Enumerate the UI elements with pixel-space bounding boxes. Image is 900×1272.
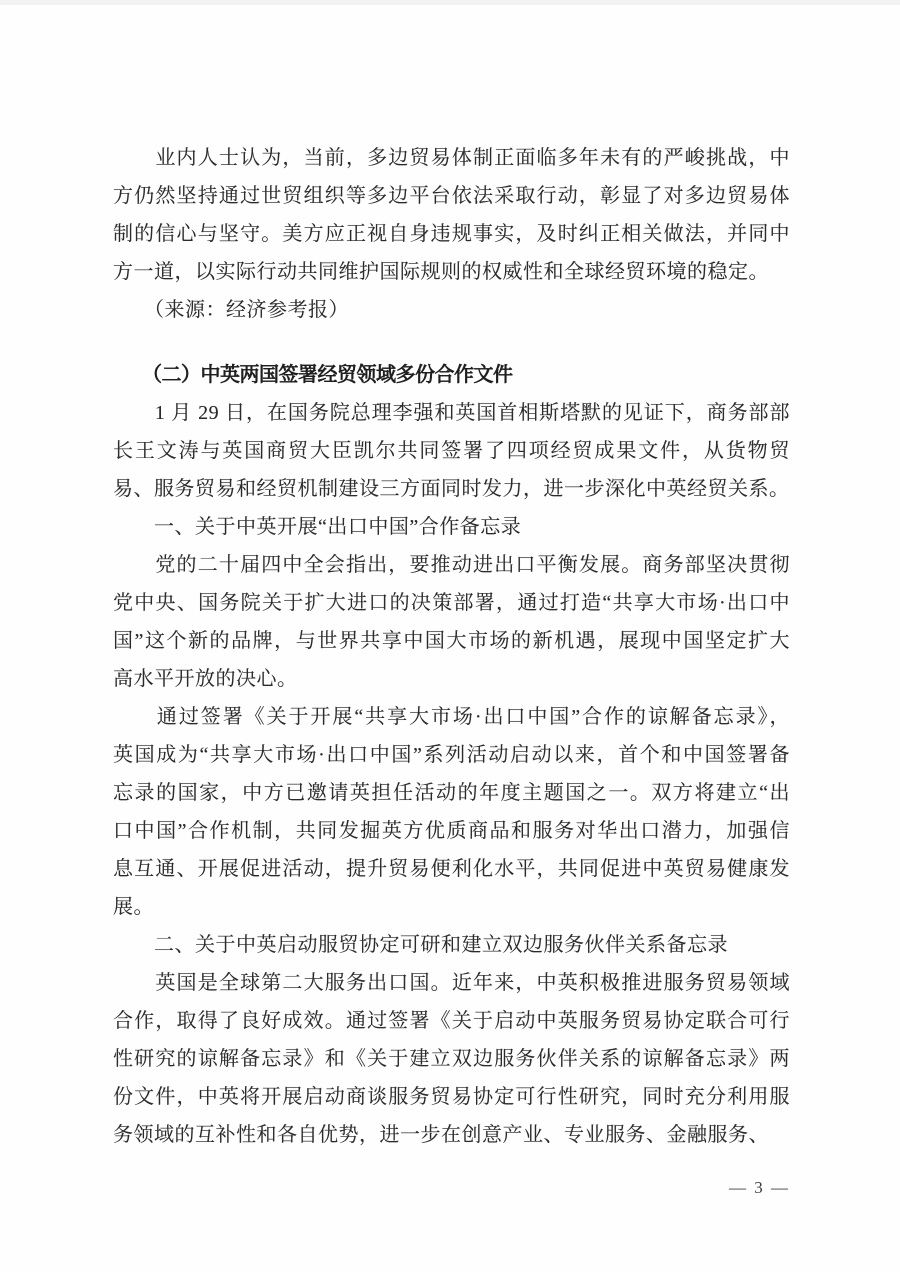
text-line: 长王文涛与英国商贸大臣凯尔共同签署了四项经贸成果文件，从货物贸 (113, 432, 790, 470)
text-line: 性研究的谅解备忘录》和《关于建立双边服务伙伴关系的谅解备忘录》两 (113, 1040, 790, 1078)
text-line: 息互通、开展促进活动，提升贸易便利化水平，共同促进中英贸易健康发 (113, 850, 790, 888)
text-line: 务领域的互补性和各自优势，进一步在创意产业、专业服务、金融服务、 (113, 1116, 790, 1154)
document-body: 业内人士认为，当前，多边贸易体制正面临多年未有的严峻挑战，中方仍然坚持通过世贸组… (113, 139, 790, 1154)
page-number: — 3 — (729, 1176, 790, 1200)
text-line: 党的二十届四中全会指出，要推动进出口平衡发展。商务部坚决贯彻 (113, 546, 790, 584)
text-line: （二）中英两国签署经贸领域多份合作文件 (113, 356, 790, 394)
para-export-china-brand: 党的二十届四中全会指出，要推动进出口平衡发展。商务部坚决贯彻党中央、国务院关于扩… (113, 546, 790, 698)
text-line: 方仍然坚持通过世贸组织等多边平台依法采取行动，彰显了对多边贸易体 (113, 177, 790, 215)
scan-edge-artifact (0, 0, 900, 5)
text-line: （来源：经济参考报） (113, 291, 790, 329)
text-line: 业内人士认为，当前，多边贸易体制正面临多年未有的严峻挑战，中 (113, 139, 790, 177)
document-page: 业内人士认为，当前，多边贸易体制正面临多年未有的严峻挑战，中方仍然坚持通过世贸组… (0, 0, 900, 1272)
text-line: 二、关于中英启动服贸协定可研和建立双边服务伙伴关系备忘录 (113, 926, 790, 964)
text-line: 英国是全球第二大服务出口国。近年来，中英积极推进服务贸易领域 (113, 964, 790, 1002)
text-line: 高水平开放的决心。 (113, 660, 790, 698)
text-line: 口中国”合作机制，共同发掘英方优质商品和服务对华出口潜力，加强信 (113, 812, 790, 850)
text-line: 忘录的国家，中方已邀请英担任活动的年度主题国之一。双方将建立“出 (113, 774, 790, 812)
para-services-trade: 英国是全球第二大服务出口国。近年来，中英积极推进服务贸易领域合作，取得了良好成效… (113, 964, 790, 1154)
text-line: 易、服务贸易和经贸机制建设三方面同时发力，进一步深化中英经贸关系。 (113, 470, 790, 508)
subheading-1-export-china-mou: 一、关于中英开展“出口中国”合作备忘录 (113, 508, 790, 546)
text-line: 国”这个新的品牌，与世界共享中国大市场的新机遇，展现中国坚定扩大 (113, 622, 790, 660)
text-line: 一、关于中英开展“出口中国”合作备忘录 (113, 508, 790, 546)
text-line: 方一道，以实际行动共同维护国际规则的权威性和全球经贸环境的稳定。 (113, 253, 790, 291)
source-line: （来源：经济参考报） (113, 291, 790, 329)
text-line: 英国成为“共享大市场·出口中国”系列活动启动以来，首个和中国签署备 (113, 736, 790, 774)
para-signing-event: 1 月 29 日，在国务院总理李强和英国首相斯塔默的见证下，商务部部长王文涛与英… (113, 394, 790, 508)
subheading-2-services-mou: 二、关于中英启动服贸协定可研和建立双边服务伙伴关系备忘录 (113, 926, 790, 964)
text-line: 1 月 29 日，在国务院总理李强和英国首相斯塔默的见证下，商务部部 (113, 394, 790, 432)
text-line: 制的信心与坚守。美方应正视自身违规事实，及时纠正相关做法，并同中 (113, 215, 790, 253)
text-line: 通过签署《关于开展“共享大市场·出口中国”合作的谅解备忘录》， (113, 698, 790, 736)
text-line: 党中央、国务院关于扩大进口的决策部署，通过打造“共享大市场·出口中 (113, 584, 790, 622)
section-heading-2: （二）中英两国签署经贸领域多份合作文件 (113, 356, 790, 394)
para-mou-details: 通过签署《关于开展“共享大市场·出口中国”合作的谅解备忘录》，英国成为“共享大市… (113, 698, 790, 926)
text-line: 份文件，中英将开展启动商谈服务贸易协定可行性研究，同时充分利用服 (113, 1078, 790, 1116)
text-line: 展。 (113, 888, 790, 926)
text-line: 合作，取得了良好成效。通过签署《关于启动中英服务贸易协定联合可行 (113, 1002, 790, 1040)
para-multilateral-trade: 业内人士认为，当前，多边贸易体制正面临多年未有的严峻挑战，中方仍然坚持通过世贸组… (113, 139, 790, 291)
